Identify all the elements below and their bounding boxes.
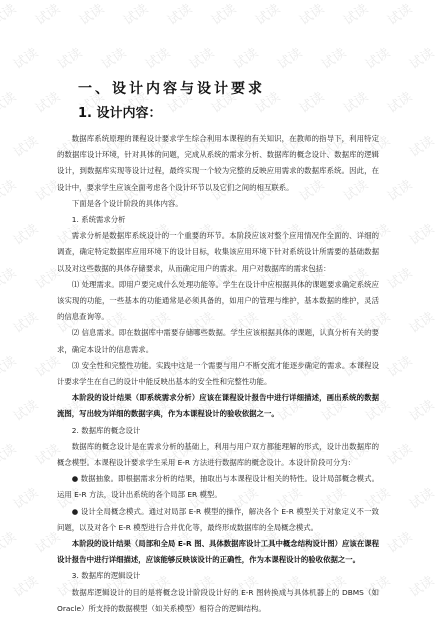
- stage1-item-processing: ⑴ 处理需求。即用户要完成什么处理功能等。学生在设计中应根据具体的课题要求确定系…: [57, 277, 379, 326]
- stage2-result: 本阶段的设计结果（局部和全局 E-R 图、具体数据库设计工具中概念结构设计图）应…: [57, 536, 379, 568]
- stage2-body: 数据库的概念设计是在需求分析的基础上，利用与用户双方都能理解的形式，设计出数据库…: [57, 439, 379, 471]
- intro-paragraph: 数据库系统原理的课程设计要求学生综合利用本课程的有关知识，在教师的指导下，利用特…: [57, 131, 379, 196]
- stage3-body: 数据库逻辑设计的目的是将概念设计阶段设计好的 E-R 图转换成与具体机器上的 D…: [57, 585, 379, 617]
- stage1-item-information: ⑵ 信息需求。即在数据库中需要存储哪些数据。学生应该根据具体的课题，认真分析有关…: [57, 325, 379, 357]
- stage1-item-security: ⑶ 安全性和完整性功能。实践中这是一个需要与用户不断交流才能逐步确定的需求。本课…: [57, 358, 379, 390]
- stage3-title: 3. 数据库的逻辑设计: [57, 568, 379, 584]
- section-heading: 一、设计内容与设计要求: [78, 78, 265, 98]
- subsection-heading: 1. 设计内容：: [78, 102, 162, 121]
- stage1-title: 1. 系统需求分析: [57, 212, 379, 228]
- stage1-body: 需求分析是数据库系统设计的一个重要的环节。本阶段应该对整个应用情况作全面的、详细…: [57, 228, 379, 277]
- document-body: 数据库系统原理的课程设计要求学生综合利用本课程的有关知识，在教师的指导下，利用特…: [57, 131, 379, 617]
- stage2-bullet-global: ● 设计全局概念模式。通过对局部 E-R 模型的操作，解决各个 E-R 模型关于…: [57, 504, 379, 536]
- stage2-bullet-abstraction: ● 数据抽象。即根据需求分析的结果，抽取出与本课程设计相关的特性。设计局部概念模…: [57, 471, 379, 503]
- stage2-title: 2. 数据库的概念设计: [57, 423, 379, 439]
- stage1-result: 本阶段的设计结果（即系统需求分析）应该在课程设计报告中进行详细描述，画出系统的数…: [57, 390, 379, 422]
- stages-intro: 下面是各个设计阶段的具体内容。: [57, 196, 379, 212]
- document-page: 一、设计内容与设计要求 1. 设计内容： 数据库系统原理的课程设计要求学生综合利…: [0, 0, 440, 620]
